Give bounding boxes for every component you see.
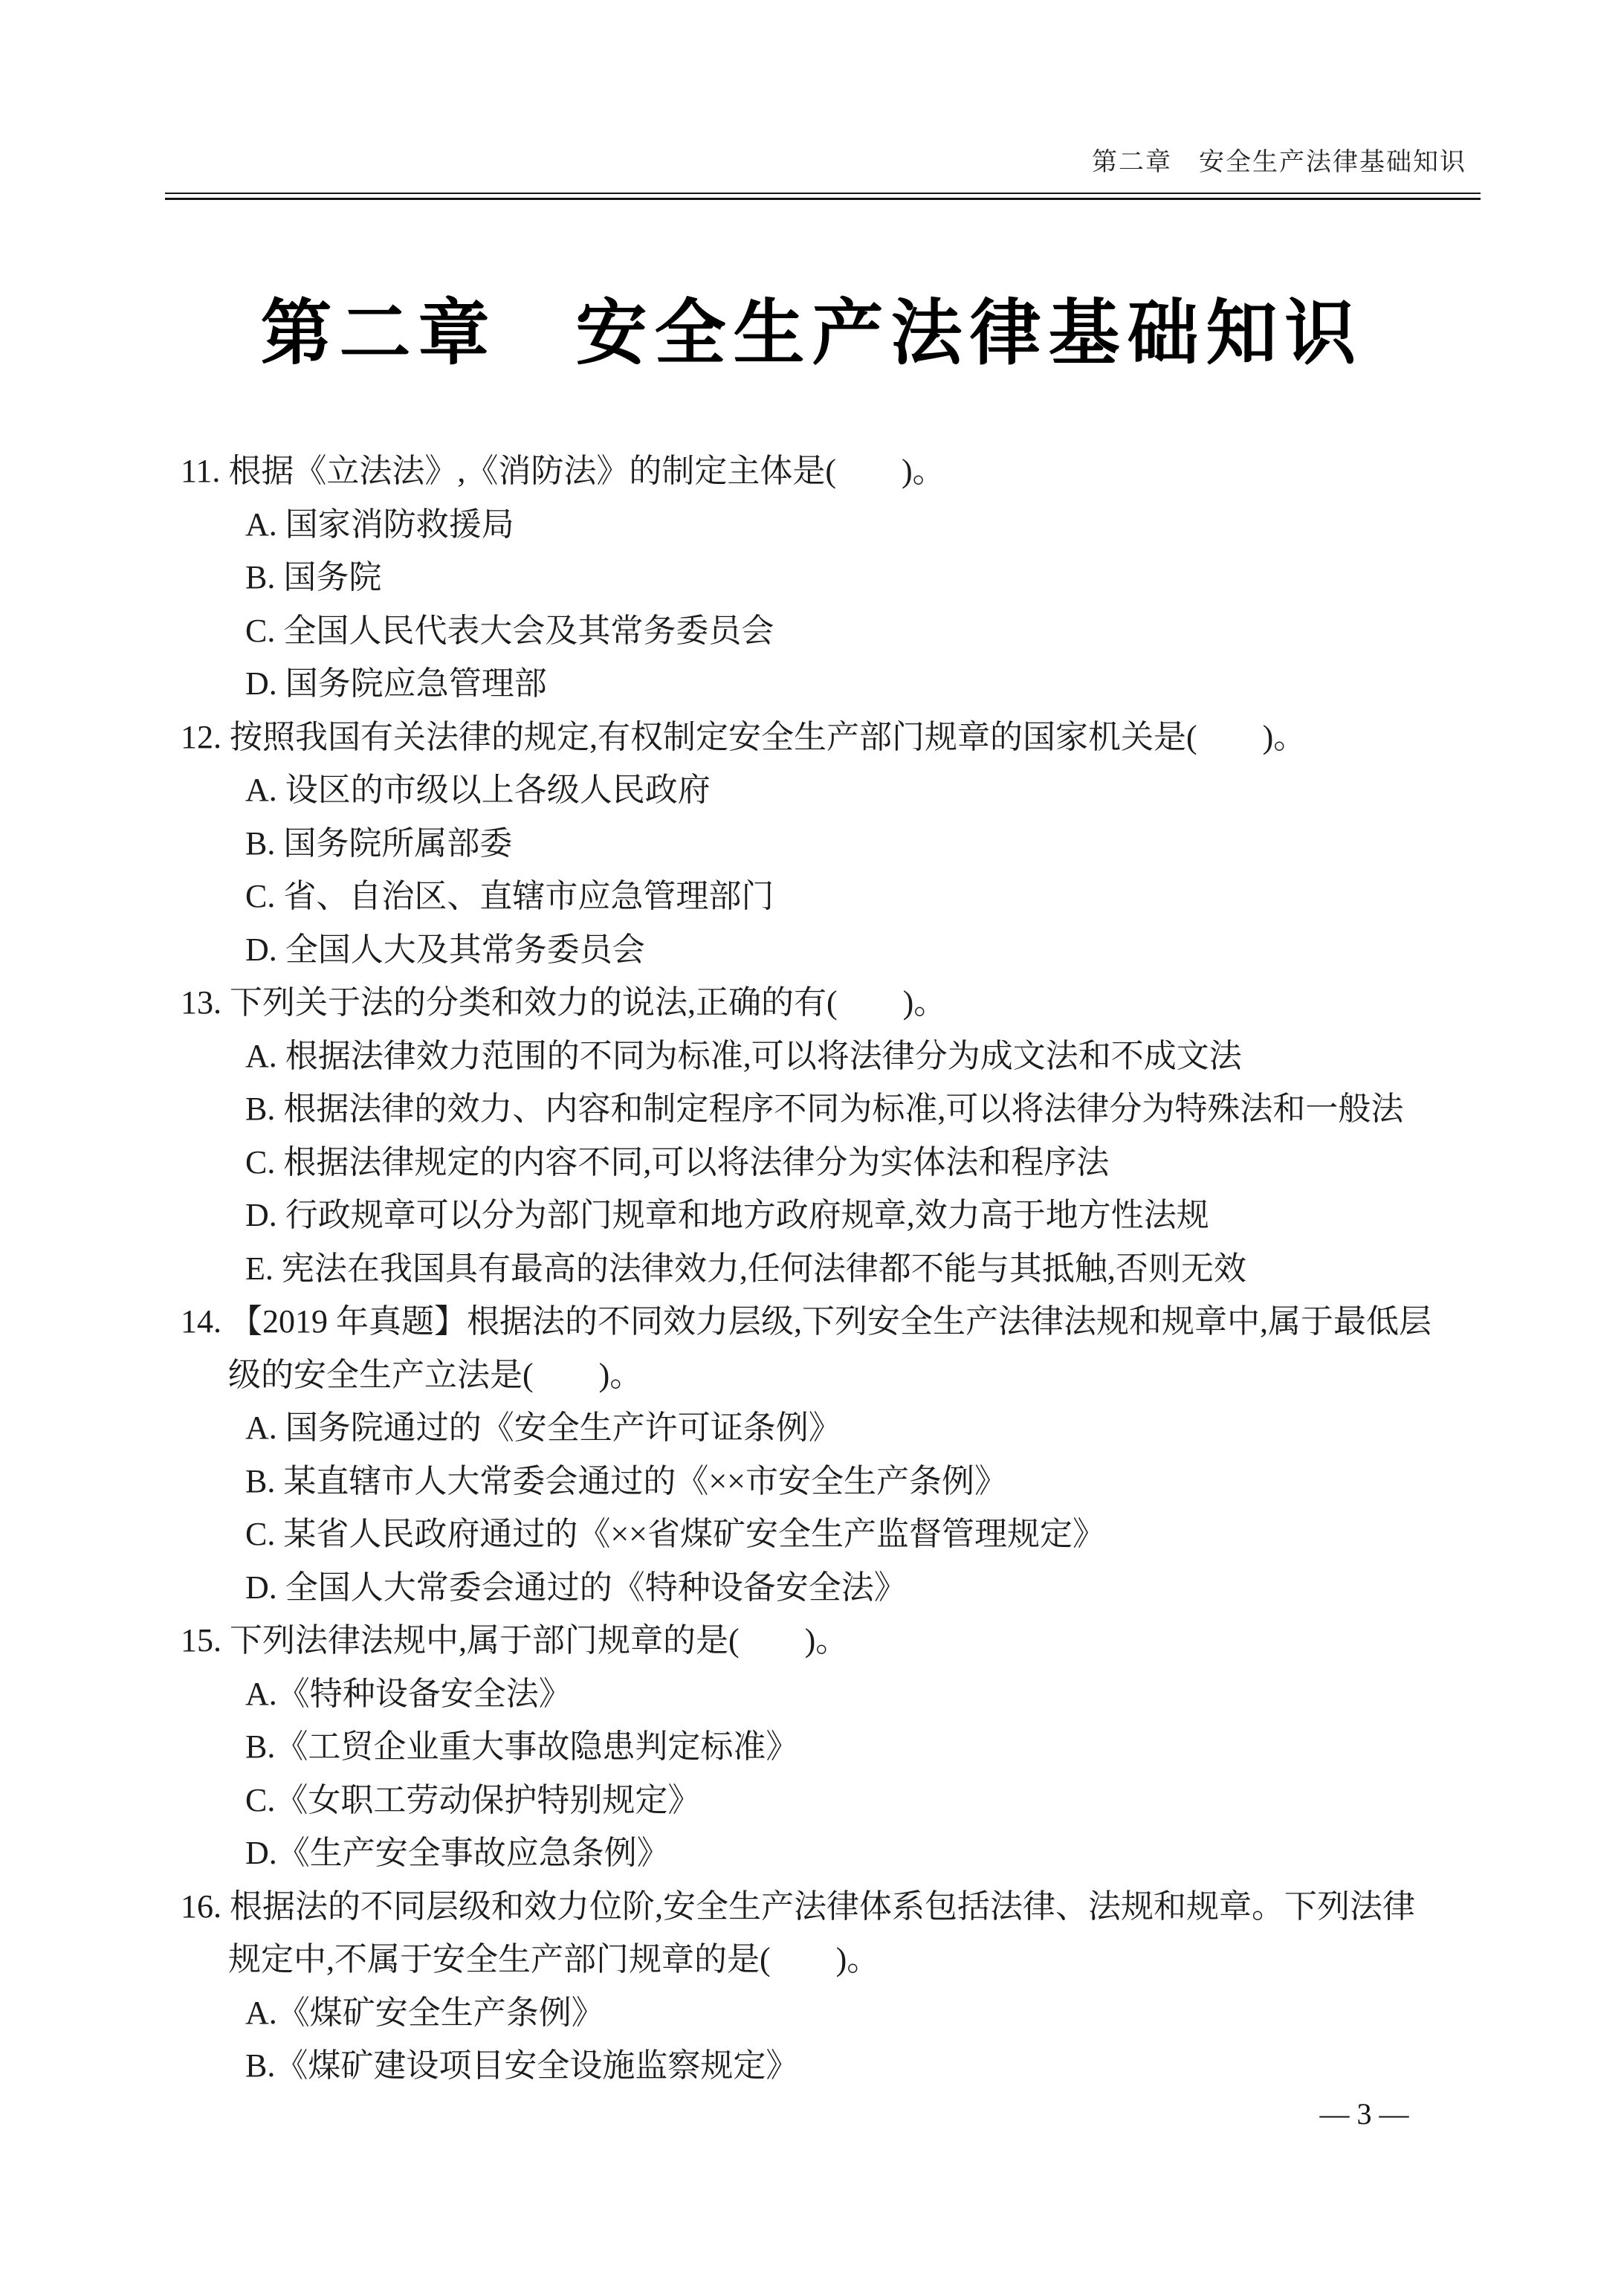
question-item: 13. 下列关于法的分类和效力的说法,正确的有( )。 — [181, 976, 1437, 1030]
question-number: 11. — [181, 453, 228, 489]
page-number: — 3 — — [1299, 2096, 1429, 2131]
chapter-title: 第二章 安全生产法律基础知识 — [0, 277, 1624, 378]
question-number: 15. — [181, 1622, 230, 1659]
option-item: A. 国家消防救援局 — [245, 498, 1437, 552]
option-item: B.《煤矿建设项目安全设施监察规定》 — [245, 2039, 1437, 2093]
question-text: 【2019 年真题】根据法的不同效力层级,下列安全生产法律法规和规章中,属于最低… — [228, 1303, 1431, 1393]
question-text: 下列关于法的分类和效力的说法,正确的有( )。 — [230, 984, 946, 1021]
option-item: C. 某省人民政府通过的《××省煤矿安全生产监督管理规定》 — [245, 1508, 1437, 1561]
question-item: 12. 按照我国有关法律的规定,有权制定安全生产部门规章的国家机关是( )。 — [181, 711, 1437, 764]
question-number: 12. — [181, 719, 230, 755]
option-item: E. 宪法在我国具有最高的法律效力,任何法律都不能与其抵触,否则无效 — [245, 1242, 1437, 1296]
option-item: A.《煤矿安全生产条例》 — [245, 1986, 1437, 2040]
question-item: 14. 【2019 年真题】根据法的不同效力层级,下列安全生产法律法规和规章中,… — [181, 1295, 1437, 1401]
option-item: A. 国务院通过的《安全生产许可证条例》 — [245, 1401, 1437, 1455]
option-item: D. 行政规章可以分为部门规章和地方政府规章,效力高于地方性法规 — [245, 1189, 1437, 1242]
question-text: 根据《立法法》,《消防法》的制定主体是( )。 — [228, 453, 945, 489]
question-number: 14. — [181, 1303, 230, 1340]
option-item: D. 国务院应急管理部 — [245, 657, 1437, 711]
question-item: 16. 根据法的不同层级和效力位阶,安全生产法律体系包括法律、法规和规章。下列法… — [181, 1880, 1437, 1986]
option-item: C. 全国人民代表大会及其常务委员会 — [245, 604, 1437, 658]
question-text: 下列法律法规中,属于部门规章的是( )。 — [230, 1622, 848, 1659]
questions-area: 11. 根据《立法法》,《消防法》的制定主体是( )。A. 国家消防救援局B. … — [181, 445, 1437, 2093]
option-item: A. 根据法律效力范围的不同为标准,可以将法律分为成文法和不成文法 — [245, 1030, 1437, 1083]
option-item: D.《生产安全事故应急条例》 — [245, 1827, 1437, 1880]
option-item: A. 设区的市级以上各级人民政府 — [245, 763, 1437, 817]
question-number: 13. — [181, 984, 230, 1021]
option-item: C. 根据法律规定的内容不同,可以将法律分为实体法和程序法 — [245, 1136, 1437, 1189]
option-item: B. 根据法律的效力、内容和制定程序不同为标准,可以将法律分为特殊法和一般法 — [245, 1082, 1437, 1136]
question-number: 16. — [181, 1888, 230, 1925]
running-header: 第二章 安全生产法律基础知识 — [1092, 141, 1466, 178]
option-item: B. 国务院 — [245, 551, 1437, 604]
option-item: C. 省、自治区、直辖市应急管理部门 — [245, 870, 1437, 923]
option-item: C.《女职工劳动保护特别规定》 — [245, 1774, 1437, 1827]
question-text: 根据法的不同层级和效力位阶,安全生产法律体系包括法律、法规和规章。下列法律规定中… — [228, 1888, 1415, 1978]
option-item: B. 某直辖市人大常委会通过的《××市安全生产条例》 — [245, 1455, 1437, 1508]
header-double-rule — [165, 193, 1481, 200]
question-item: 15. 下列法律法规中,属于部门规章的是( )。 — [181, 1614, 1437, 1667]
option-item: D. 全国人大常委会通过的《特种设备安全法》 — [245, 1561, 1437, 1615]
question-text: 按照我国有关法律的规定,有权制定安全生产部门规章的国家机关是( )。 — [230, 719, 1306, 755]
option-item: D. 全国人大及其常务委员会 — [245, 923, 1437, 977]
option-item: B.《工贸企业重大事故隐患判定标准》 — [245, 1720, 1437, 1774]
option-item: A.《特种设备安全法》 — [245, 1667, 1437, 1721]
option-item: B. 国务院所属部委 — [245, 817, 1437, 871]
book-page: { "page_header": { "text": "第二章 安全生产法律基础… — [0, 0, 1624, 2283]
question-item: 11. 根据《立法法》,《消防法》的制定主体是( )。 — [181, 445, 1437, 498]
